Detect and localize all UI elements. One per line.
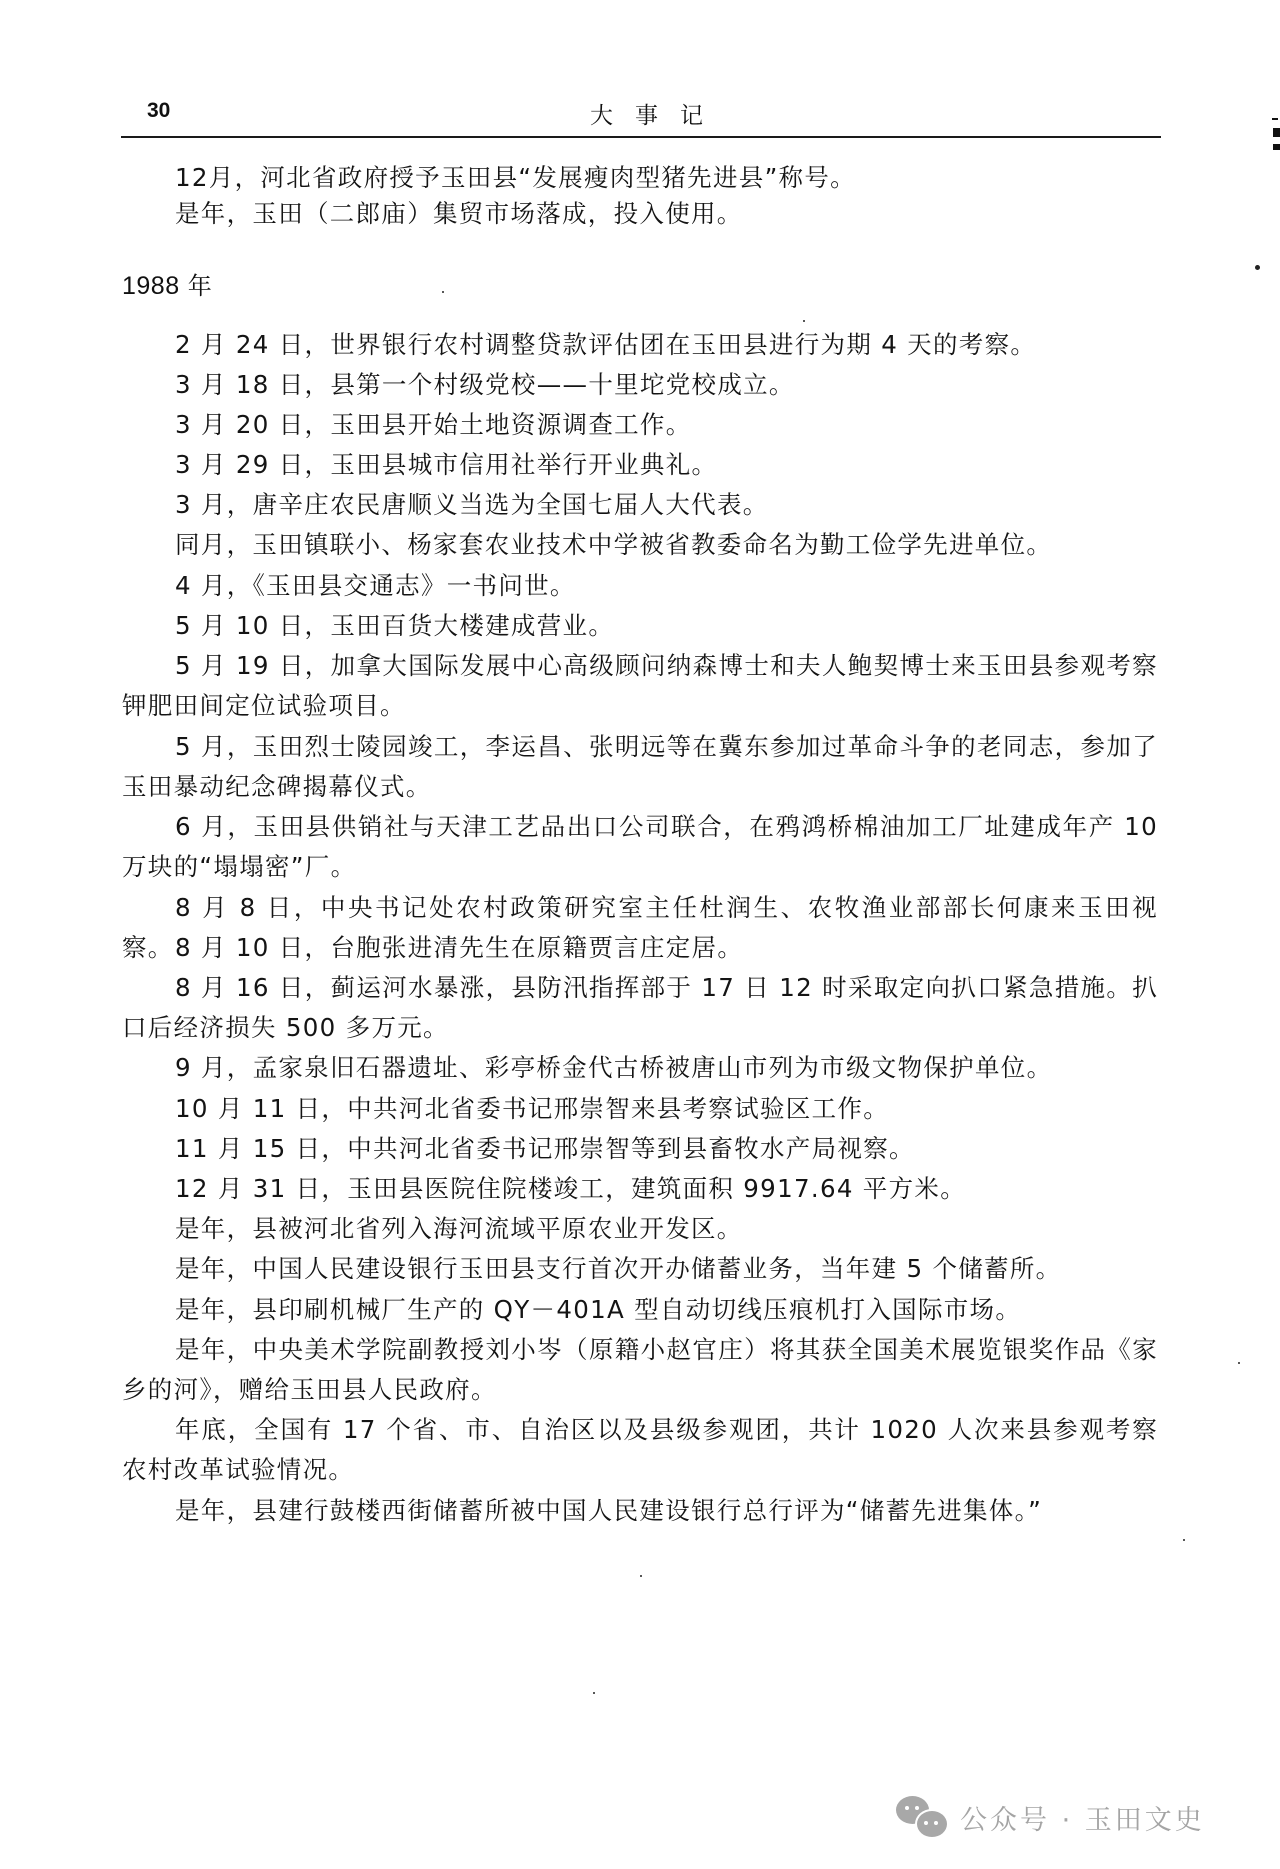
entry: 5 月，玉田烈士陵园竣工，李运昌、张明远等在冀东参加过革命斗争的老同志，参加了玉… — [122, 727, 1158, 807]
scan-speck — [803, 320, 805, 322]
scan-speck — [1183, 1539, 1185, 1541]
entry: 5 月 19 日，加拿大国际发展中心高级顾问纳森博士和夫人鲍契博士来玉田县参观考… — [122, 646, 1158, 726]
entry: 3 月 18 日，县第一个村级党校——十里坨党校成立。 — [122, 365, 1158, 405]
entry: 是年，中央美术学院副教授刘小岑（原籍小赵官庄）将其获全国美术展览银奖作品《家乡的… — [122, 1330, 1158, 1410]
scan-speck — [1238, 1362, 1240, 1364]
entry: 3 月，唐辛庄农民唐顺义当选为全国七届人大代表。 — [122, 485, 1158, 525]
entry: 是年，中国人民建设银行玉田县支行首次开办储蓄业务，当年建 5 个储蓄所。 — [122, 1249, 1158, 1289]
scan-speck — [442, 291, 444, 293]
year-number: 1988 — [122, 272, 180, 300]
entry: 5 月 10 日，玉田百货大楼建成营业。 — [122, 606, 1158, 646]
page-number: 30 — [147, 99, 170, 123]
entry: 年底，全国有 17 个省、市、自治区以及县级参观团，共计 1020 人次来县参观… — [122, 1410, 1158, 1490]
scan-speck — [593, 1692, 595, 1694]
watermark: 公众号 · 玉田文史 — [896, 1795, 1205, 1839]
paragraph: 12月，河北省政府授予玉田县“发展瘦肉型猪先进县”称号。 — [122, 158, 1158, 198]
watermark-text: 公众号 · 玉田文史 — [960, 1798, 1205, 1837]
entry: 是年，县建行鼓楼西街储蓄所被中国人民建设银行总行评为“储蓄先进集体。” — [122, 1491, 1158, 1531]
entry: 同月，玉田镇联小、杨家套农业技术中学被省教委命名为勤工俭学先进单位。 — [122, 525, 1158, 565]
entry: 是年，县被河北省列入海河流域平原农业开发区。 — [122, 1209, 1158, 1249]
header-rule — [121, 136, 1161, 138]
entry: 9 月，孟家泉旧石器遗址、彩亭桥金代古桥被唐山市列为市级文物保护单位。 — [122, 1048, 1158, 1088]
entry: 8 月 16 日，蓟运河水暴涨，县防汛指挥部于 17 日 12 时采取定向扒口紧… — [122, 968, 1158, 1048]
scan-speck — [640, 1575, 642, 1577]
scan-speck — [1041, 1350, 1043, 1352]
scan-artifact — [1273, 144, 1280, 150]
running-title: 大事记 — [590, 97, 725, 130]
entry: 3 月 29 日，玉田县城市信用社举行开业典礼。 — [122, 445, 1158, 485]
entry: 4 月，《玉田县交通志》一书问世。 — [122, 566, 1158, 606]
entry: 8 月 10 日，台胞张进清先生在原籍贾言庄定居。 — [122, 928, 1158, 968]
entry: 6 月，玉田县供销社与天津工艺品出口公司联合，在鸦鸿桥棉油加工厂址建成年产 10… — [122, 807, 1158, 887]
entry: 11 月 15 日，中共河北省委书记邢崇智等到县畜牧水产局视察。 — [122, 1129, 1158, 1169]
scan-speck — [1255, 265, 1260, 270]
scan-artifact — [1273, 128, 1280, 137]
entry: 3 月 20 日，玉田县开始土地资源调查工作。 — [122, 405, 1158, 445]
wechat-icon — [896, 1796, 946, 1838]
entry: 10 月 11 日，中共河北省委书记邢崇智来县考察试验区工作。 — [122, 1089, 1158, 1129]
entry: 是年，县印刷机械厂生产的 QY－401A 型自动切线压痕机打入国际市场。 — [122, 1290, 1158, 1330]
paragraph: 是年，玉田（二郎庙）集贸市场落成，投入使用。 — [122, 194, 1158, 234]
entry: 2 月 24 日，世界银行农村调整贷款评估团在玉田县进行为期 4 天的考察。 — [122, 325, 1158, 365]
year-suffix: 年 — [188, 272, 213, 300]
year-heading: 1988 年 — [122, 266, 212, 301]
entry: 12 月 31 日，玉田县医院住院楼竣工，建筑面积 9917.64 平方米。 — [122, 1169, 1158, 1209]
scan-artifact — [1272, 118, 1278, 120]
